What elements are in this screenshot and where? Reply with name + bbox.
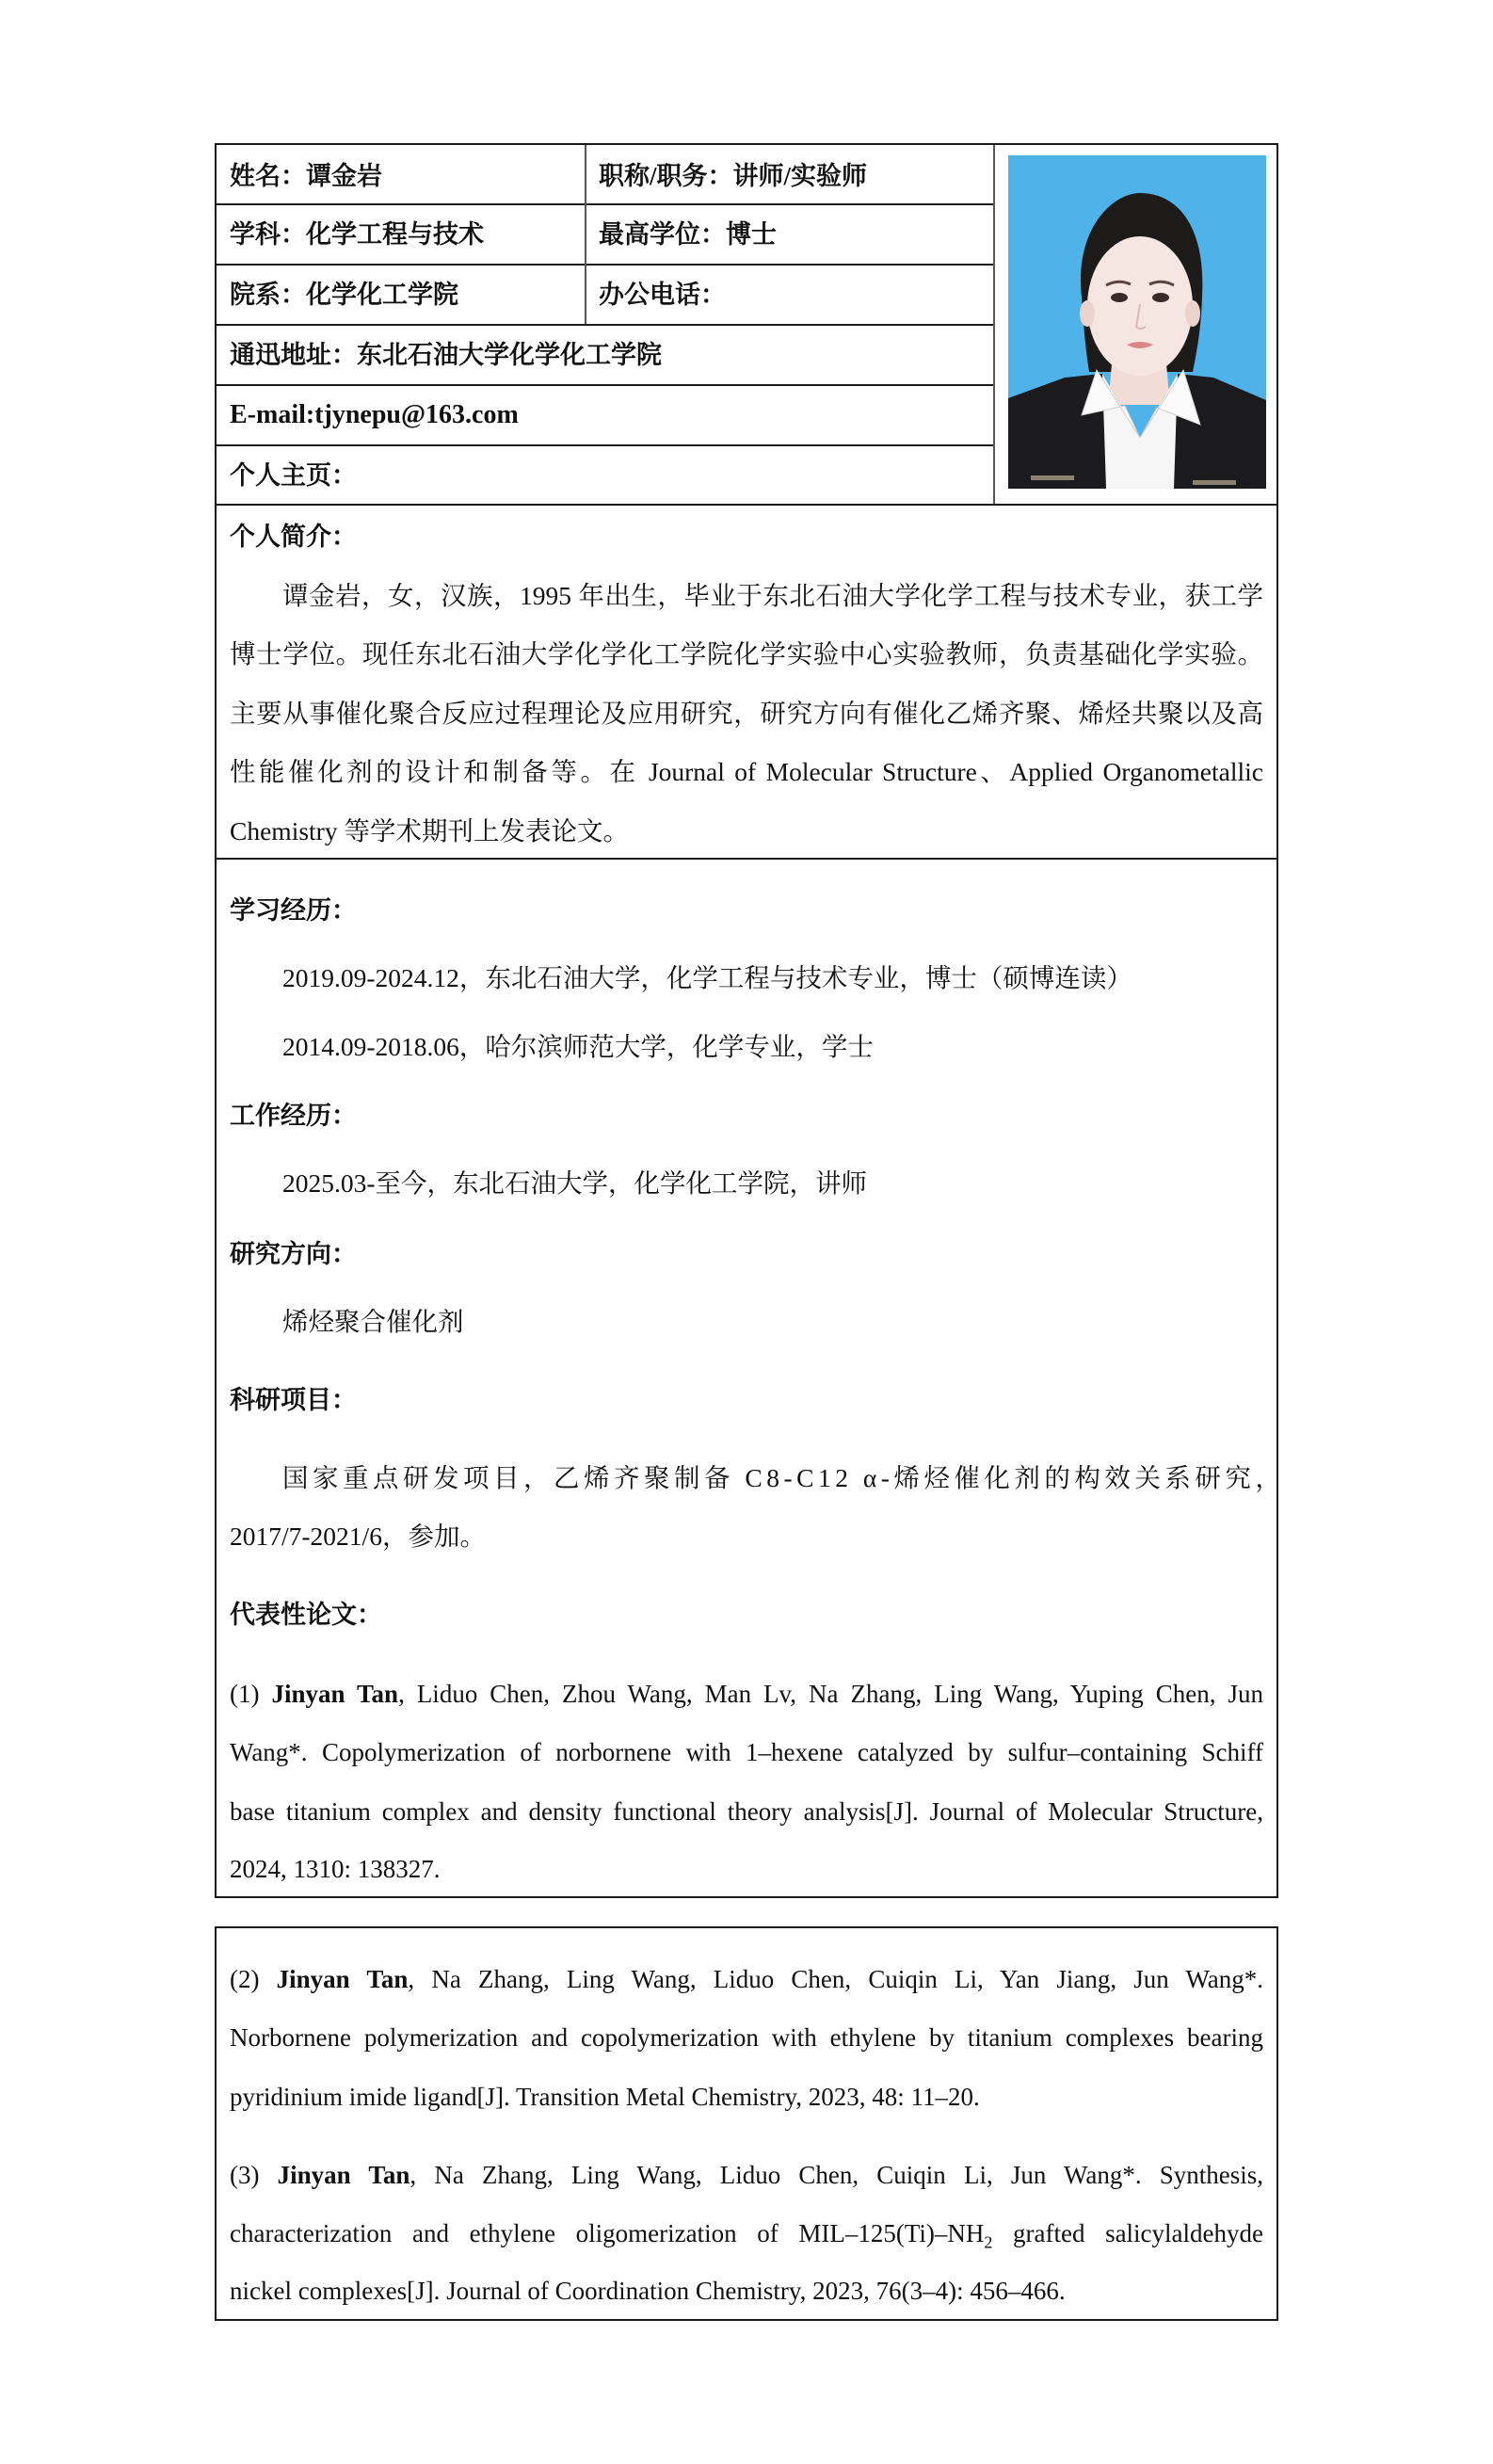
project-line: 2017/7-2021/6，参加。 — [230, 1507, 1263, 1567]
paper-text: , Na Zhang, Ling Wang, Liduo Chen, Cuiqi… — [408, 1965, 1263, 1993]
photo-column-divider — [993, 145, 995, 504]
paper-1-line: (1) Jinyan Tan, Liduo Chen, Zhou Wang, M… — [230, 1665, 1263, 1723]
paper-text: characterization and ethylene oligomeriz… — [230, 2219, 984, 2247]
office-phone-field: 办公电话： — [599, 266, 726, 324]
discipline-field: 学科：化学工程与技术 — [230, 205, 484, 264]
paper-text: , Na Zhang, Ling Wang, Liduo Chen, Cuiqi… — [409, 2161, 1263, 2189]
papers-continued-table: (2) Jinyan Tan, Na Zhang, Ling Wang, Lid… — [215, 1926, 1278, 2321]
department-field: 院系：化学化工学院 — [230, 266, 458, 324]
paper-number: (3) — [230, 2161, 259, 2189]
projects-heading: 科研项目： — [230, 1371, 357, 1429]
intro-line: 性能催化剂的设计和制备等。在 Journal of Molecular Stru… — [230, 743, 1263, 802]
paper-2-line: (2) Jinyan Tan, Na Zhang, Ling Wang, Lid… — [230, 1950, 1263, 2008]
education-heading: 学习经历： — [230, 881, 357, 940]
intro-line: Chemistry 等学术期刊上发表论文。 — [230, 802, 1263, 862]
work-heading: 工作经历： — [230, 1087, 357, 1145]
education-item: 2019.09-2024.12，东北石油大学，化学工程与技术专业，博士（硕博连读… — [282, 949, 1132, 1007]
paper-2-line: Norbornene polymerization and copolymeri… — [230, 2008, 1263, 2067]
paper-3-line: nickel complexes[J]. Journal of Coordina… — [230, 2262, 1263, 2320]
paper-3-line: (3) Jinyan Tan, Na Zhang, Ling Wang, Lid… — [230, 2146, 1263, 2204]
paper-number: (1) — [230, 1680, 259, 1708]
name-field: 姓名：谭金岩 — [230, 147, 382, 205]
work-item: 2025.03-至今，东北石油大学，化学化工学院，讲师 — [282, 1154, 867, 1213]
address-field: 通迅地址：东北石油大学化学化工学院 — [230, 326, 662, 384]
paper-2-line: pyridinium imide ligand[J]. Transition M… — [230, 2068, 1263, 2126]
row-divider — [217, 504, 1276, 506]
homepage-field: 个人主页： — [230, 446, 357, 505]
paper-lead-author: Jinyan Tan — [271, 1680, 398, 1708]
profile-table: 姓名：谭金岩 职称/职务：讲师/实验师 学科：化学工程与技术 最高学位：博士 院… — [215, 143, 1278, 1898]
project-line: 国家重点研发项目，乙烯齐聚制备 C8-C12 α-烯烃催化剂的构效关系研究， — [282, 1449, 1263, 1507]
portrait-image — [1008, 155, 1266, 489]
paper-lead-author: Jinyan Tan — [278, 2161, 410, 2189]
paper-text: grafted salicylaldehyde — [992, 2219, 1263, 2247]
title-field: 职称/职务：讲师/实验师 — [599, 147, 867, 205]
column-divider — [585, 145, 586, 324]
paper-1-line: 2024, 1310: 138327. — [230, 1840, 1263, 1898]
intro-heading: 个人简介： — [230, 507, 357, 566]
intro-line: 博士学位。现任东北石油大学化学化工学院化学实验中心实验教师，负责基础化学实验。 — [230, 625, 1263, 684]
portrait-photo — [1008, 155, 1266, 489]
paper-1-line: Wang*. Copolymerization of norbornene wi… — [230, 1723, 1263, 1781]
paper-text: , Liduo Chen, Zhou Wang, Man Lv, Na Zhan… — [398, 1680, 1263, 1708]
education-item: 2014.09-2018.06，哈尔滨师范大学，化学专业，学士 — [282, 1018, 874, 1076]
paper-number: (2) — [230, 1965, 259, 1993]
paper-lead-author: Jinyan Tan — [277, 1965, 409, 1993]
email-field: E-mail:tjynepu@163.com — [230, 386, 519, 444]
intro-line: 主要从事催化聚合反应过程理论及应用研究，研究方向有催化乙烯齐聚、烯烃共聚以及高 — [230, 684, 1263, 744]
intro-line: 谭金岩，女，汉族，1995 年出生，毕业于东北石油大学化学工程与技术专业，获工学 — [282, 567, 1263, 625]
research-item: 烯烃聚合催化剂 — [282, 1293, 464, 1351]
degree-field: 最高学位：博士 — [599, 205, 777, 264]
paper-1-line: base titanium complex and density functi… — [230, 1782, 1263, 1841]
research-heading: 研究方向： — [230, 1225, 357, 1283]
papers-heading: 代表性论文： — [230, 1586, 382, 1644]
